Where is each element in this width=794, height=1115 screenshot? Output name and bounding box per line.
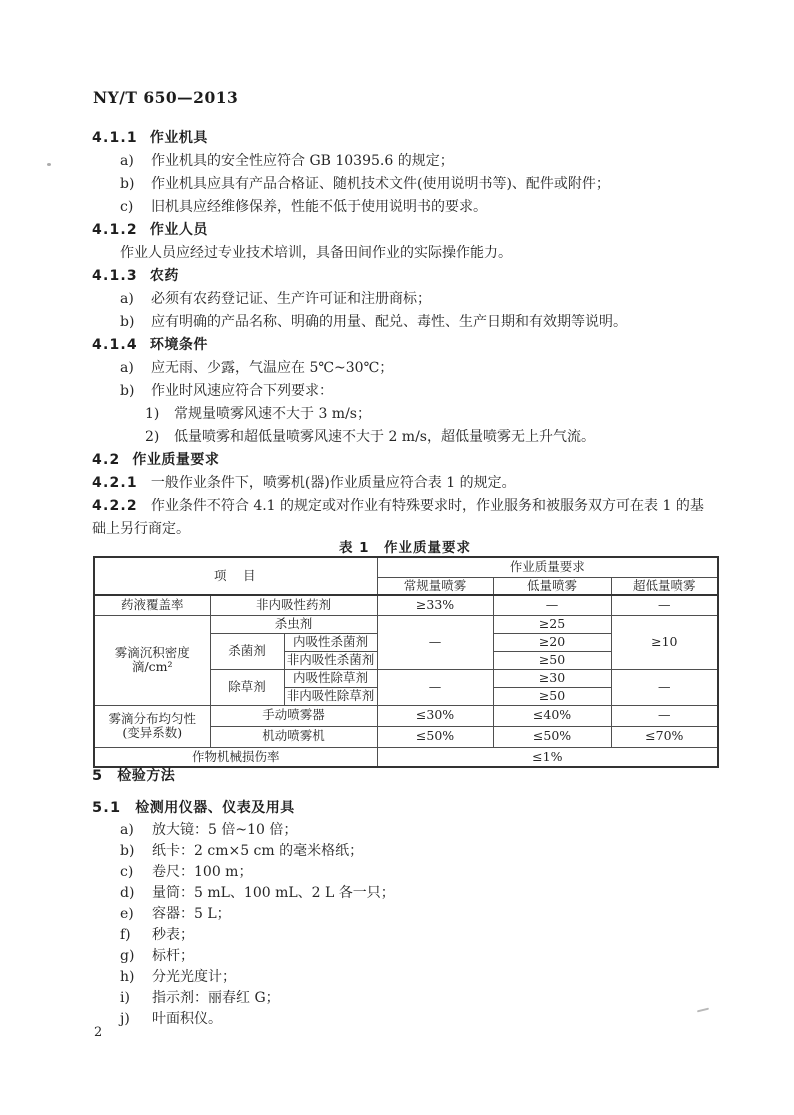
- item-marker: c): [120, 196, 151, 219]
- header-low-volume-spray: 低量喷雾: [493, 577, 611, 595]
- cell-insecticide: 杀虫剂: [210, 615, 377, 633]
- item-text: 常规量喷雾风速不大于 3 m/s；: [174, 403, 371, 426]
- cell-motorized-sprayer: 机动喷雾机: [210, 726, 377, 747]
- header-item: 项 目: [94, 557, 377, 595]
- clause-title: 作业机具: [150, 127, 208, 150]
- item-marker: c): [120, 862, 152, 883]
- paragraph-text: 作业条件不符合 4.1 的规定或对作业有特殊要求时，作业服务和被服务双方可在表 …: [92, 498, 704, 537]
- list-item: b) 作业机具应具有产品合格证、随机技术文件(使用说明书等)、配件或附件；: [92, 173, 716, 196]
- quality-requirements-table: 项 目 作业质量要求 常规量喷雾 低量喷雾 超低量喷雾 药液覆盖率 非内吸性药剂…: [93, 556, 719, 768]
- clause-title: 环境条件: [150, 334, 208, 357]
- item-marker: d): [120, 883, 152, 904]
- item-marker: h): [120, 967, 152, 988]
- cell-value: ≥10: [611, 615, 718, 669]
- clause-heading-4-1-3: 4.1.3 农药: [92, 265, 716, 288]
- cell-non-systemic-fungicide: 非内吸性杀菌剂: [284, 651, 377, 669]
- clause-title: 农药: [150, 265, 179, 288]
- clause-number: 4.2: [92, 449, 120, 472]
- item-text: 应无雨、少露，气温应在 5℃~30℃；: [151, 357, 393, 380]
- cell-line: 滴/cm²: [97, 660, 208, 674]
- list-item: b) 作业时风速应符合下列要求：: [92, 380, 716, 403]
- cell-dash: —: [611, 595, 718, 615]
- cell-manual-sprayer: 手动喷雾器: [210, 705, 377, 726]
- item-marker: b): [120, 380, 151, 403]
- item-text: 叶面积仪。: [152, 1009, 222, 1030]
- cell-fungicide: 杀菌剂: [210, 633, 284, 669]
- cell-value: ≤70%: [611, 726, 718, 747]
- cell-value: ≤40%: [493, 705, 611, 726]
- item-marker: f): [120, 925, 152, 946]
- clause-number: 4.1.3: [92, 265, 138, 288]
- item-text: 量筒：5 mL、100 mL、2 L 各一只；: [152, 883, 395, 904]
- cell-line: (变异系数): [97, 726, 208, 740]
- cell-line: 雾滴沉积密度: [97, 646, 208, 660]
- cell-value: ≥50: [493, 651, 611, 669]
- list-item: b) 应有明确的产品名称、明确的用量、配兑、毒性、生产日期和有效期等说明。: [92, 311, 716, 334]
- equipment-item: h) 分光光度计；: [92, 967, 716, 988]
- scan-artifact: [47, 163, 51, 166]
- item-marker: a): [120, 820, 152, 841]
- item-marker: g): [120, 946, 152, 967]
- cell-value: ≤50%: [493, 726, 611, 747]
- cell-dash: —: [377, 669, 493, 705]
- cell-value: ≤50%: [377, 726, 493, 747]
- item-text: 作业机具应具有产品合格证、随机技术文件(使用说明书等)、配件或附件；: [151, 173, 610, 196]
- clause-number: 4.2.1: [92, 475, 138, 491]
- paragraph: 作业人员应经过专业技术培训，具备田间作业的实际操作能力。: [92, 242, 716, 265]
- item-text: 容器：5 L；: [152, 904, 231, 925]
- equipment-item: a) 放大镜：5 倍~10 倍；: [92, 820, 716, 841]
- clause-heading-4-2: 4.2 作业质量要求: [92, 449, 716, 472]
- clause-number: 4.1.2: [92, 219, 138, 242]
- item-text: 秒表；: [152, 925, 194, 946]
- equipment-item: d) 量筒：5 mL、100 mL、2 L 各一只；: [92, 883, 716, 904]
- cell-coverage-rate: 药液覆盖率: [94, 595, 210, 615]
- item-text: 纸卡：2 cm×5 cm 的毫米格纸；: [152, 841, 363, 862]
- cell-value: ≥50: [493, 687, 611, 705]
- item-marker: a): [120, 357, 151, 380]
- list-item: a) 作业机具的安全性应符合 GB 10395.6 的规定；: [92, 150, 716, 173]
- cell-value: ≥30: [493, 669, 611, 687]
- cell-value: ≥33%: [377, 595, 493, 615]
- clause-number: 4.2.2: [92, 498, 138, 514]
- clause-title: 作业质量要求: [132, 449, 219, 472]
- item-marker: a): [120, 150, 151, 173]
- section-4: 4.1.1 作业机具 a) 作业机具的安全性应符合 GB 10395.6 的规定…: [92, 127, 716, 541]
- item-text: 卷尺：100 m；: [152, 862, 252, 883]
- item-marker: b): [120, 173, 151, 196]
- item-text: 作业机具的安全性应符合 GB 10395.6 的规定；: [151, 150, 454, 173]
- clause-heading-4-1-2: 4.1.2 作业人员: [92, 219, 716, 242]
- header-quality: 作业质量要求: [377, 557, 718, 577]
- clause-title: 检验方法: [117, 764, 175, 788]
- clause-title: 作业人员: [150, 219, 208, 242]
- item-marker: 1): [145, 403, 174, 426]
- cell-value: ≤30%: [377, 705, 493, 726]
- equipment-item: c) 卷尺：100 m；: [92, 862, 716, 883]
- equipment-item: j) 叶面积仪。: [92, 1009, 716, 1030]
- cell-distribution-uniformity: 雾滴分布均匀性 (变异系数): [94, 705, 210, 747]
- item-marker: i): [120, 988, 152, 1009]
- clause-heading-4-1-4: 4.1.4 环境条件: [92, 334, 716, 357]
- sub-list-item: 2) 低量喷雾和超低量喷雾风速不大于 2 m/s，超低量喷雾无上升气流。: [92, 426, 716, 449]
- equipment-item: b) 纸卡：2 cm×5 cm 的毫米格纸；: [92, 841, 716, 862]
- equipment-item: i) 指示剂：丽春红 G；: [92, 988, 716, 1009]
- header-conventional-spray: 常规量喷雾: [377, 577, 493, 595]
- cell-value: ≥25: [493, 615, 611, 633]
- clause-paragraph-4-2-2: 4.2.2作业条件不符合 4.1 的规定或对作业有特殊要求时，作业服务和被服务双…: [92, 495, 716, 541]
- clause-title: 检测用仪器、仪表及用具: [135, 796, 295, 820]
- list-item: a) 必须有农药登记证、生产许可证和注册商标；: [92, 288, 716, 311]
- item-marker: 2): [145, 426, 174, 449]
- item-text: 指示剂：丽春红 G；: [152, 988, 280, 1009]
- item-text: 旧机具应经维修保养，性能不低于使用说明书的要求。: [151, 196, 487, 219]
- cell-herbicide: 除草剂: [210, 669, 284, 705]
- item-text: 必须有农药登记证、生产许可证和注册商标；: [151, 288, 431, 311]
- clause-heading-5: 5 检验方法: [92, 764, 716, 788]
- cell-dash: —: [493, 595, 611, 615]
- header-ultra-low-volume-spray: 超低量喷雾: [611, 577, 718, 595]
- item-text: 标杆；: [152, 946, 194, 967]
- cell-line: 雾滴分布均匀性: [97, 712, 208, 726]
- standard-code: NY/T 650—2013: [93, 88, 238, 107]
- equipment-item: g) 标杆；: [92, 946, 716, 967]
- cell-systemic-fungicide: 内吸性杀菌剂: [284, 633, 377, 651]
- equipment-item: f) 秒表；: [92, 925, 716, 946]
- item-text: 分光光度计；: [152, 967, 236, 988]
- paragraph-text: 一般作业条件下，喷雾机(器)作业质量应符合表 1 的规定。: [151, 475, 516, 491]
- clause-number: 4.1.1: [92, 127, 138, 150]
- item-marker: b): [120, 841, 152, 862]
- item-text: 应有明确的产品名称、明确的用量、配兑、毒性、生产日期和有效期等说明。: [151, 311, 627, 334]
- cell-value: ≥20: [493, 633, 611, 651]
- list-item: a) 应无雨、少露，气温应在 5℃~30℃；: [92, 357, 716, 380]
- equipment-item: e) 容器：5 L；: [92, 904, 716, 925]
- item-marker: b): [120, 311, 151, 334]
- item-marker: j): [120, 1009, 152, 1030]
- table-caption: 表 1 作业质量要求: [93, 536, 717, 556]
- section-5: 5 检验方法 5.1 检测用仪器、仪表及用具 a) 放大镜：5 倍~10 倍； …: [92, 764, 716, 1030]
- cell-deposit-density: 雾滴沉积密度 滴/cm²: [94, 615, 210, 705]
- page-number: 2: [94, 1025, 102, 1040]
- clause-number: 4.1.4: [92, 334, 138, 357]
- clause-heading-5-1: 5.1 检测用仪器、仪表及用具: [92, 796, 716, 820]
- clause-number: 5.1: [92, 796, 121, 820]
- clause-paragraph-4-2-1: 4.2.1一般作业条件下，喷雾机(器)作业质量应符合表 1 的规定。: [92, 472, 716, 495]
- sub-list-item: 1) 常规量喷雾风速不大于 3 m/s；: [92, 403, 716, 426]
- item-marker: e): [120, 904, 152, 925]
- cell-dash: —: [611, 669, 718, 705]
- item-text: 作业时风速应符合下列要求：: [151, 380, 333, 403]
- item-text: 放大镜：5 倍~10 倍；: [152, 820, 297, 841]
- cell-non-systemic-agent: 非内吸性药剂: [210, 595, 377, 615]
- item-marker: a): [120, 288, 151, 311]
- cell-dash: —: [611, 705, 718, 726]
- cell-non-systemic-herbicide: 非内吸性除草剂: [284, 687, 377, 705]
- cell-systemic-herbicide: 内吸性除草剂: [284, 669, 377, 687]
- item-text: 低量喷雾和超低量喷雾风速不大于 2 m/s，超低量喷雾无上升气流。: [174, 426, 595, 449]
- clause-number: 5: [92, 764, 103, 788]
- clause-heading-4-1-1: 4.1.1 作业机具: [92, 127, 716, 150]
- cell-dash: —: [377, 615, 493, 669]
- document-page: NY/T 650—2013 4.1.1 作业机具 a) 作业机具的安全性应符合 …: [0, 0, 794, 1115]
- list-item: c) 旧机具应经维修保养，性能不低于使用说明书的要求。: [92, 196, 716, 219]
